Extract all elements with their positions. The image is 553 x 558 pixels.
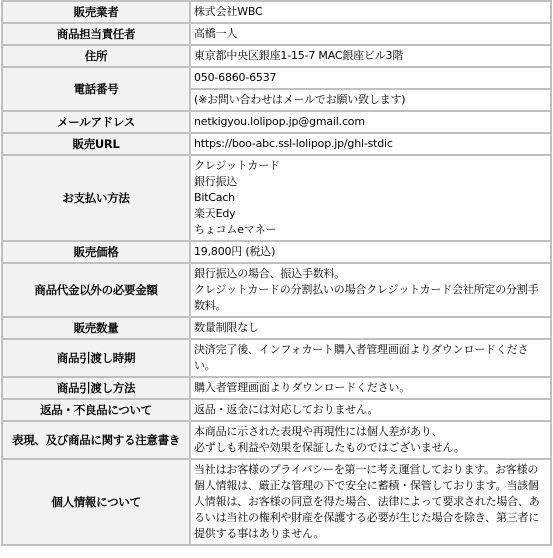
table-row-extra-fees: 商品代金以外の必要金額 銀行振込の場合、振込手数料。 クレジットカードの分割払い… [3, 264, 550, 316]
specified-commercial-transactions-table: 販売業者 株式会社WBC 商品担当責任者 高橋一人 住所 東京都中央区銀座1-1… [1, 0, 552, 546]
payment-method: ちょコムeマネー [194, 222, 547, 238]
price-value: 19,800円 (税込) [191, 242, 550, 262]
table-row-email: メールアドレス netkigyou.lolipop.jp@gmail.com [3, 112, 550, 132]
row-label: メールアドレス [3, 112, 189, 132]
privacy-policy-text: 当社はお客様のプライバシーを第一に考え運営しております。お客様の個人情報は、厳正… [191, 460, 550, 544]
payment-methods-list: クレジットカード 銀行振込 BitCach 楽天Edy ちょコムeマネー [191, 156, 550, 240]
row-label: 販売価格 [3, 242, 189, 262]
table-row-disclaimer: 表現、及び商品に関する注意書き 本商品に示された表現や再現性には個人差があり、 … [3, 422, 550, 458]
payment-method: クレジットカード [194, 158, 547, 174]
payment-method: 銀行振込 [194, 174, 547, 190]
row-label: 電話番号 [3, 68, 189, 110]
row-label: 個人情報について [3, 460, 189, 544]
row-label: 販売数量 [3, 318, 189, 338]
email-value: netkigyou.lolipop.jp@gmail.com [191, 112, 550, 132]
row-label: 商品代金以外の必要金額 [3, 264, 189, 316]
table-row-quantity: 販売数量 数量制限なし [3, 318, 550, 338]
returns-value: 返品・返金には対応しておりません。 [191, 400, 550, 420]
table-row-delivery-method: 商品引渡し方法 購入者管理画面よりダウンロードください。 [3, 378, 550, 398]
table-row-privacy: 個人情報について 当社はお客様のプライバシーを第一に考え運営しております。お客様… [3, 460, 550, 544]
table-row-delivery-time: 商品引渡し時期 決済完了後、インフォカート購入者管理画面よりダウンロードください… [3, 340, 550, 376]
row-label: お支払い方法 [3, 156, 189, 240]
table-row-payment: お支払い方法 クレジットカード 銀行振込 BitCach 楽天Edy ちょコムe… [3, 156, 550, 240]
row-value: 高橋一人 [191, 24, 550, 44]
phone-note: (※お問い合わせはメールでお願い致します) [191, 90, 550, 110]
row-value: 東京都中央区銀座1-15-7 MAC銀座ビル3階 [191, 46, 550, 66]
delivery-method-value: 購入者管理画面よりダウンロードください。 [191, 378, 550, 398]
phone-number: 050-6860-6537 [191, 68, 550, 88]
disclaimer-line: 必ずしも利益や効果を保証したものではございません。 [194, 440, 547, 456]
extra-fee-line: クレジットカードの分割払いの場合クレジットカード会社所定の分割手数料。 [194, 282, 547, 314]
row-value: 株式会社WBC [191, 2, 550, 22]
url-value: https://boo-abc.ssl-lolipop.jp/ghl-stdic [191, 134, 550, 154]
quantity-value: 数量制限なし [191, 318, 550, 338]
table-row-address: 住所 東京都中央区銀座1-15-7 MAC銀座ビル3階 [3, 46, 550, 66]
table-row-manager: 商品担当責任者 高橋一人 [3, 24, 550, 44]
row-label: 返品・不良品について [3, 400, 189, 420]
extra-fees-value: 銀行振込の場合、振込手数料。 クレジットカードの分割払いの場合クレジットカード会… [191, 264, 550, 316]
delivery-time-value: 決済完了後、インフォカート購入者管理画面よりダウンロードください。 [191, 340, 550, 376]
payment-method: BitCach [194, 190, 547, 206]
table-row-phone: 電話番号 050-6860-6537 [3, 68, 550, 88]
table-row-seller: 販売業者 株式会社WBC [3, 2, 550, 22]
row-label: 販売業者 [3, 2, 189, 22]
row-label: 住所 [3, 46, 189, 66]
payment-method: 楽天Edy [194, 206, 547, 222]
disclaimer-value: 本商品に示された表現や再現性には個人差があり、 必ずしも利益や効果を保証したもの… [191, 422, 550, 458]
row-label: 表現、及び商品に関する注意書き [3, 422, 189, 458]
row-label: 商品引渡し方法 [3, 378, 189, 398]
disclaimer-line: 本商品に示された表現や再現性には個人差があり、 [194, 424, 547, 440]
row-label: 商品担当責任者 [3, 24, 189, 44]
row-label: 販売URL [3, 134, 189, 154]
table-row-url: 販売URL https://boo-abc.ssl-lolipop.jp/ghl… [3, 134, 550, 154]
row-label: 商品引渡し時期 [3, 340, 189, 376]
table-row-price: 販売価格 19,800円 (税込) [3, 242, 550, 262]
extra-fee-line: 銀行振込の場合、振込手数料。 [194, 266, 547, 282]
table-row-returns: 返品・不良品について 返品・返金には対応しておりません。 [3, 400, 550, 420]
